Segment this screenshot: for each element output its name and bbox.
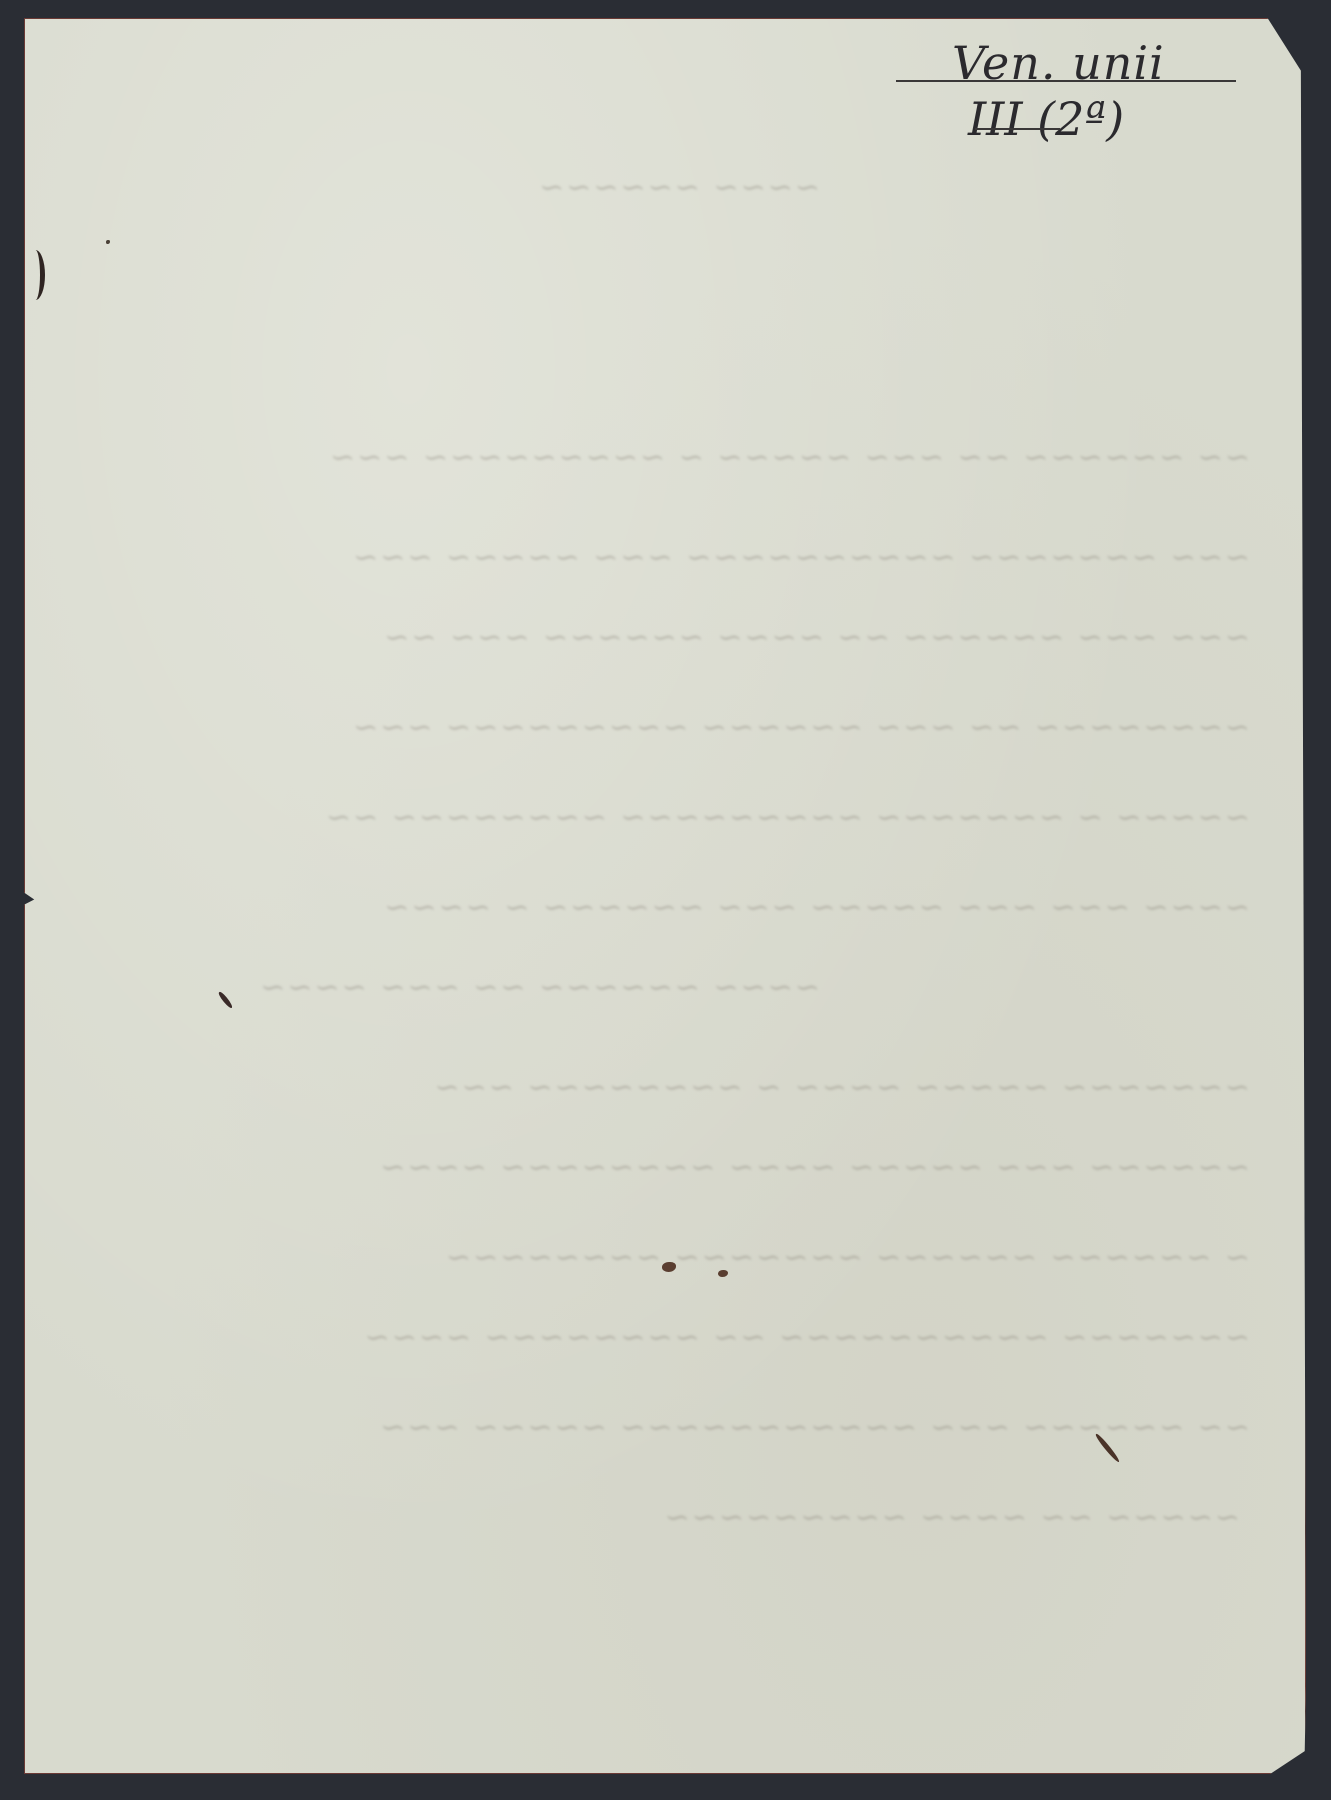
bleed-through-line: ~~ ~~~~~~ ~~~ ~~~~~~~~~~~ ~~~~~ ~~~ [70, 1410, 1250, 1445]
bleed-through-line: ~~~~~ ~ ~~~~~~~ ~~~~~~~~~ ~~~~~~~~ ~~ [70, 800, 1250, 835]
bleed-through-line: ~~~~~~~~ ~~ ~~~ ~~~~~~ ~~~~~~~~~ ~~~ [70, 710, 1250, 745]
archival-annotation-line2: III (2ª) [968, 92, 1124, 146]
ink-mark [26, 250, 45, 300]
bleed-through-line: ~~~~~~ ~~~ ~~~~~ ~~~~ ~~~~~~~~ ~~~~ [70, 1150, 1250, 1185]
bleed-through-line: ~~~ ~~~~~~~ ~~~~~~~~~~ ~~~ ~~~~~ ~~~ [70, 540, 1250, 575]
bleed-through-line: ~~~~~ ~~ ~~~~ ~~~~~~~~~ [140, 1500, 1240, 1535]
bleed-through-line: ~~ ~~~~~~ ~~ ~~~ ~~~~~ ~ ~~~~~~~~~ ~~~ [70, 440, 1250, 475]
bleed-through-line: ~~~~~~~ ~~~~~~~~~~ ~~ ~~~~~~~~ ~~~~ [70, 1320, 1250, 1355]
bleed-through-line: ~~~~~~~ ~~~~~ ~~~~ ~ ~~~~~~~~ ~~~ [70, 1070, 1250, 1105]
annotation-underline [896, 80, 1236, 82]
annotation-strikethrough [975, 128, 1060, 130]
bleed-through-line: ~ ~~~~~~ ~~~~~~ ~~~~~~~ ~~~~~~~~ [70, 1240, 1250, 1275]
bleed-through-line: ~~~~ ~~~~~~ [420, 170, 820, 205]
bleed-through-line: ~~~~ ~~~ ~~~ ~~~~~ ~~~ ~~~~~~ ~ ~~~~ [70, 890, 1250, 925]
bleed-through-line: ~~~ ~~~ ~~~~~~ ~~ ~~~~ ~~~~~~ ~~~ ~~ [70, 620, 1250, 655]
